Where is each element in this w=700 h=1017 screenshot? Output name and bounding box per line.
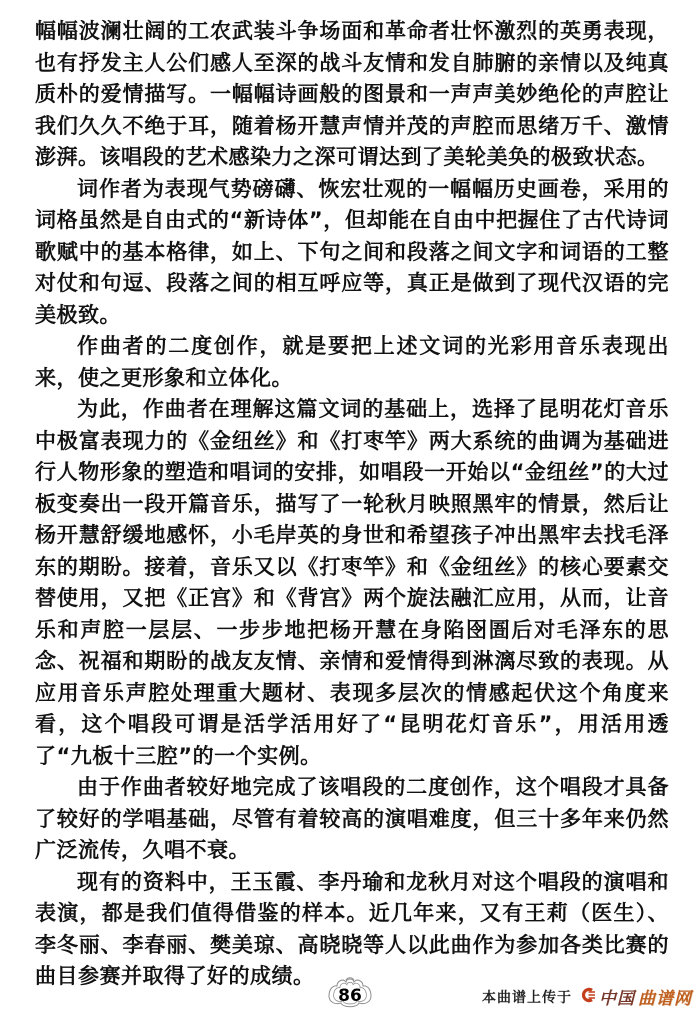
body-paragraph: 词作者为表现气势磅礴、恢宏壮观的一幅幅历史画卷，采用的词格虽然是自由式的“新诗体… xyxy=(35,174,669,332)
page-number: 86 xyxy=(338,986,362,1006)
body-paragraph: 由于作曲者较好地完成了该唱段的二度创作，这个唱段才具备了较好的学唱基础，尽管有着… xyxy=(35,772,669,867)
watermark: 本曲谱上传于 中国曲谱网 xyxy=(482,984,692,1009)
body-paragraph: 幅幅波澜壮阔的工农武装斗争场面和革命者壮怀激烈的英勇表现，也有抒发主人公们感人至… xyxy=(35,16,669,174)
site-logo: 中国曲谱网 xyxy=(579,984,692,1009)
document-page: 幅幅波澜壮阔的工农武装斗争场面和革命者壮怀激烈的英勇表现，也有抒发主人公们感人至… xyxy=(0,0,700,1017)
body-paragraph: 为此，作曲者在理解这篇文词的基础上，选择了昆明花灯音乐中极富表现力的《金纽丝》和… xyxy=(35,394,669,772)
logo-country-text: 中国 xyxy=(599,984,635,1009)
page-text: 幅幅波澜壮阔的工农武装斗争场面和革命者壮怀激烈的英勇表现，也有抒发主人公们感人至… xyxy=(35,16,669,993)
page-number-ornament: 86 xyxy=(324,974,376,1014)
watermark-text: 本曲谱上传于 xyxy=(482,987,572,1007)
logo-c-icon xyxy=(579,987,596,1007)
body-paragraph: 作曲者的二度创作，就是要把上述文词的光彩用音乐表现出来，使之更形象和立体化。 xyxy=(35,331,669,394)
logo-site-text: 曲谱网 xyxy=(638,984,692,1009)
